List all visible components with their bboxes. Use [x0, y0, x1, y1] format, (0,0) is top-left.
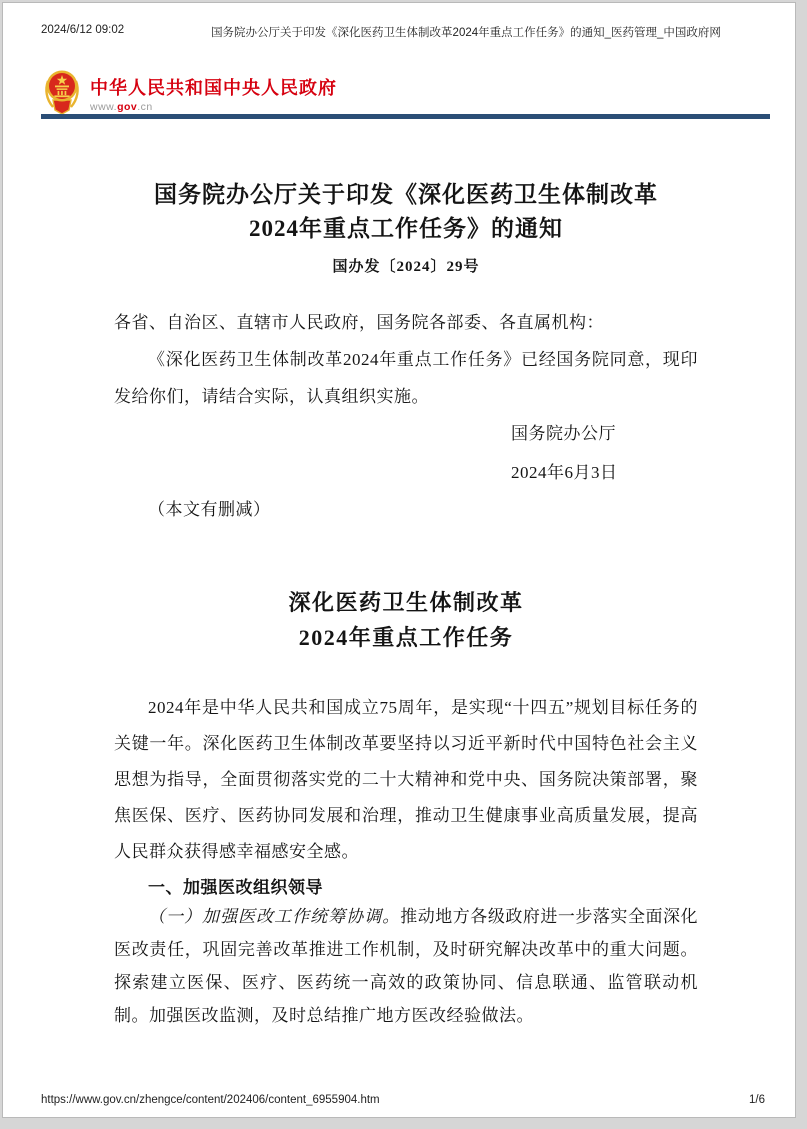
gov-masthead: 中华人民共和国中央人民政府 www.gov.cn [44, 69, 337, 116]
print-footer: https://www.gov.cn/zhengce/content/20240… [3, 1094, 795, 1110]
attachment-title-line2: 2024年重点工作任务 [114, 620, 698, 655]
notice-title: 国务院办公厅关于印发《深化医药卫生体制改革 2024年重点工作任务》的通知 [114, 178, 698, 246]
attachment-title: 深化医药卫生体制改革 2024年重点工作任务 [114, 585, 698, 655]
notice-title-line2: 2024年重点工作任务》的通知 [114, 212, 698, 246]
attachment-title-line1: 深化医药卫生体制改革 [114, 585, 698, 620]
salutation: 各省、自治区、直辖市人民政府，国务院各部委、各直属机构： [114, 304, 698, 341]
national-emblem-icon [44, 69, 80, 116]
section-heading-1: 一、加强医改组织领导 [114, 876, 698, 900]
notice-body-paragraph: 《深化医药卫生体制改革2024年重点工作任务》已经国务院同意，现印发给你们，请结… [114, 341, 698, 415]
item-paragraph-1: （一）加强医改工作统筹协调。推动地方各级政府进一步落实全面深化医改责任，巩固完善… [114, 900, 698, 1032]
page-number: 1/6 [749, 1094, 765, 1106]
url-cn: .cn [137, 101, 153, 113]
intro-paragraph: 2024年是中华人民共和国成立75周年，是实现“十四五”规划目标任务的关键一年。… [114, 690, 698, 870]
url-www: www. [90, 101, 117, 113]
gov-site-name: 中华人民共和国中央人民政府 [90, 78, 337, 98]
notice-title-line1: 国务院办公厅关于印发《深化医药卫生体制改革 [114, 178, 698, 212]
signer: 国务院办公厅 [511, 415, 698, 452]
print-page-title: 国务院办公厅关于印发《深化医药卫生体制改革2024年重点工作任务》的通知_医药管… [161, 24, 771, 40]
item-1-lead: （一）加强医改工作统筹协调。 [148, 907, 400, 926]
url-gov: gov [117, 101, 137, 113]
gov-site-url: www.gov.cn [90, 101, 337, 113]
header-divider-bar [41, 114, 770, 119]
doc-number: 国办发〔2024〕29号 [114, 256, 698, 278]
document-content: 国务院办公厅关于印发《深化医药卫生体制改革 2024年重点工作任务》的通知 国办… [114, 178, 698, 1032]
sign-date: 2024年6月3日 [511, 454, 698, 491]
gov-brand: 中华人民共和国中央人民政府 www.gov.cn [90, 69, 337, 113]
print-preview-page: 2024/6/12 09:02 国务院办公厅关于印发《深化医药卫生体制改革202… [2, 2, 796, 1118]
redaction-note: （本文有删减） [114, 491, 698, 528]
source-url: https://www.gov.cn/zhengce/content/20240… [41, 1094, 380, 1106]
print-header: 2024/6/12 09:02 国务院办公厅关于印发《深化医药卫生体制改革202… [3, 24, 795, 40]
print-datetime: 2024/6/12 09:02 [41, 24, 124, 36]
